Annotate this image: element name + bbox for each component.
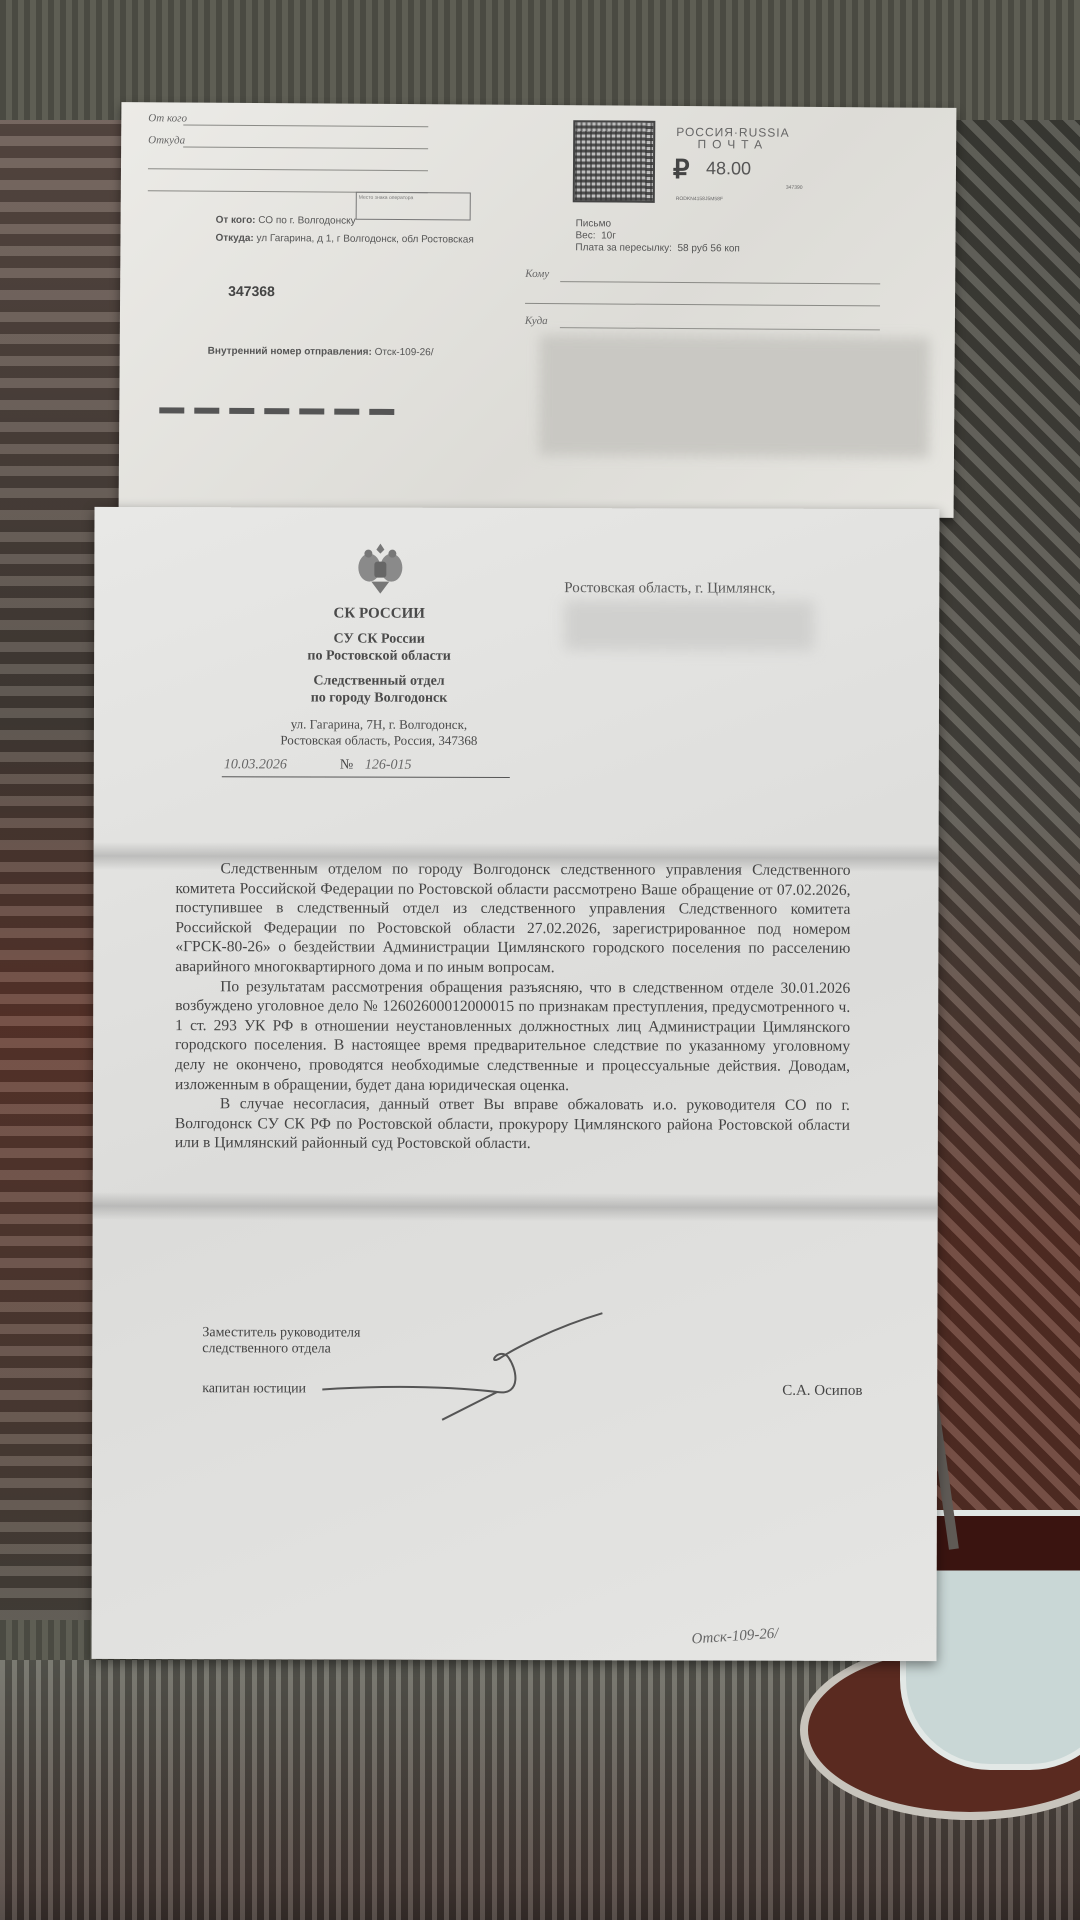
sender-postcode: 347368 (228, 283, 275, 299)
item-type: Письмо (576, 218, 611, 229)
qr-code (573, 120, 656, 203)
redacted-recipient-address (539, 335, 930, 458)
to-label: Кому (525, 268, 549, 280)
postage-fee: Плата за пересылку: 58 руб 56 коп (575, 242, 739, 254)
to-where-line (560, 327, 880, 330)
letter: СК РОССИИ СУ СК России по Ростовской обл… (91, 507, 939, 1661)
outgoing-number-handwritten: Отск-109-26/ (691, 1626, 779, 1649)
recipient-address: Ростовская область, г. Цимлянск, (564, 580, 775, 598)
paragraph: В случае несогласия, данный ответ Вы впр… (175, 1094, 850, 1155)
sender-name: От кого: СО по г. Волгодонску (216, 215, 356, 227)
ruble-icon: ₽ (673, 154, 690, 185)
paragraph: Следственным отделом по городу Волгодонс… (175, 859, 850, 978)
from-label: От кого (148, 112, 187, 124)
letter-body: Следственным отделом по городу Волгодонс… (175, 859, 851, 1155)
where-from-label: Откуда (148, 134, 185, 146)
operator-mark-box: Место знака оператора (356, 192, 471, 221)
postage-amount: 48.00 (706, 158, 751, 179)
letterhead: СК РОССИИ СУ СК России по Ростовской обл… (239, 605, 519, 749)
item-weight: Вес: 10г (575, 230, 615, 241)
from-line (183, 125, 428, 128)
signature-icon (322, 1307, 622, 1428)
sender-address: Откуда: ул Гагарина, д 1, г Волгодонск, … (215, 233, 473, 246)
signer-name: С.А. Осипов (782, 1383, 862, 1400)
postage-mark: РОССИЯ·RUSSIA ПОЧТА ₽ 48.00 RODKN4158J5M… (676, 126, 790, 151)
where-from-line (183, 147, 428, 150)
envelope: От кого Откуда Место знака оператора От … (119, 102, 957, 518)
address-line (148, 168, 428, 171)
postcode-grid (159, 407, 394, 415)
registration-date: 10.03.2026 (224, 757, 287, 773)
to-line (560, 281, 880, 284)
registration-line: 10.03.2026 № 126-015 (222, 757, 510, 778)
paragraph: По результатам рассмотрения обращения ра… (175, 977, 850, 1096)
signer-rank: капитан юстиции (202, 1381, 306, 1397)
coat-of-arms-icon (352, 538, 408, 600)
internal-number: Внутренний номер отправления: Отск-109-2… (208, 346, 434, 359)
registration-number: 126-015 (365, 758, 412, 774)
to-line-2 (525, 303, 880, 306)
to-where-label: Куда (525, 315, 548, 327)
redacted-recipient (564, 600, 814, 651)
